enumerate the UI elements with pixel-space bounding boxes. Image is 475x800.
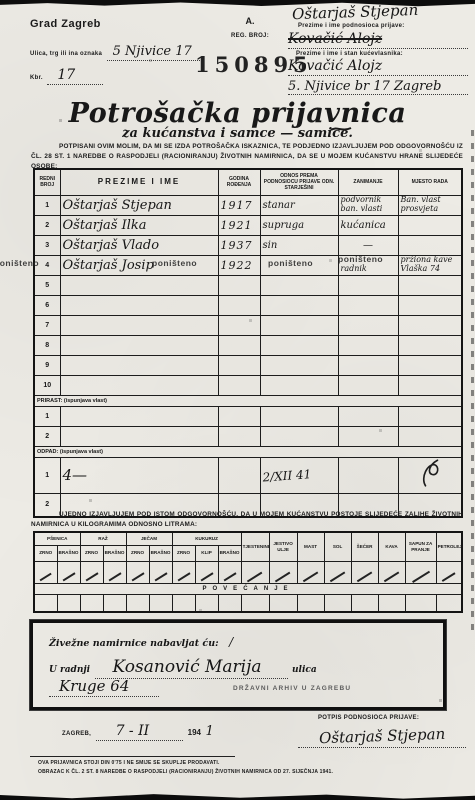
odpad-label: ODPAD: (ispunjava vlast) xyxy=(34,446,462,457)
sub-header-zrno: ZRNO xyxy=(172,545,195,561)
col-group-raz: RAŽ xyxy=(80,532,126,545)
row-number: 1 xyxy=(34,195,60,215)
empty-cell xyxy=(260,275,338,295)
sub-header-zrno: ZRNO xyxy=(126,545,149,561)
member-name-handwritten: Oštarjaš Ilka xyxy=(60,215,218,235)
empty-cell xyxy=(218,375,260,395)
empty-stock-slash xyxy=(241,561,269,583)
member-row: 2 Oštarjaš Ilka 1921 supruga kućanica xyxy=(34,215,462,235)
empty-stock-slash xyxy=(57,561,80,583)
empty-cell xyxy=(218,335,260,355)
empty-cell xyxy=(338,295,398,315)
col-group-kukuruz: KUKURUZ xyxy=(172,532,241,545)
col-group-psenica: PŠENICA xyxy=(34,532,80,545)
empty-stock-slash xyxy=(218,561,241,583)
increase-band: POVEĆANJE xyxy=(34,583,462,594)
applicant-signature-handwritten: Oštarjaš Stjepan xyxy=(319,725,446,747)
empty-cell xyxy=(241,594,269,612)
scanned-ration-form-page: Grad Zagreb Ulica, trg ili ina oznaka 5 … xyxy=(0,0,475,800)
owner-name-line: Kovačić Alojz xyxy=(288,57,468,76)
empty-cell xyxy=(398,335,462,355)
empty-cell xyxy=(218,594,241,612)
empty-stock-slash xyxy=(351,561,378,583)
sub-header-brasno: BRAŠNO xyxy=(218,545,241,561)
empty-cell xyxy=(195,594,218,612)
col-header-kava: KAVA xyxy=(378,532,405,561)
empty-cell xyxy=(351,594,378,612)
empty-cell xyxy=(398,355,462,375)
empty-cell xyxy=(260,406,338,426)
empty-stock-slash xyxy=(126,561,149,583)
empty-stock-slash xyxy=(297,561,324,583)
col-header-jestivo-ulje: JESTIVO ULJE xyxy=(269,532,297,561)
cancellation-stamp: poništeno xyxy=(0,258,39,268)
zagreb-label: ZAGREB, xyxy=(62,731,91,737)
street-value-handwritten: 5 Njivice 17 xyxy=(107,44,200,61)
row-number: 9 xyxy=(34,355,60,375)
empty-cell xyxy=(398,295,462,315)
empty-cell xyxy=(80,594,103,612)
row-number: 5 xyxy=(34,275,60,295)
food-supplies-table: PŠENICA RAŽ JEČAM KUKURUZ TJESTENINE JES… xyxy=(33,531,463,613)
birth-year-handwritten: 1937 xyxy=(218,235,260,255)
workplace-handwritten: pržiona kave Vlaška 74 xyxy=(398,255,462,275)
owner-address-handwritten: 5. Njivice br 17 Zagreb xyxy=(288,79,441,94)
empty-stock-slash xyxy=(80,561,103,583)
tick-mark-handwritten: / xyxy=(223,635,233,649)
household-members-table: REDNI BROJ PREZIME I IME GODINA ROĐENJA … xyxy=(33,168,463,518)
form-subtitle: za kućanstva i samce — samice. xyxy=(0,126,475,141)
col-header-godina: GODINA ROĐENJA xyxy=(218,169,260,195)
occupation-handwritten: podvornik ban. vlasti xyxy=(338,195,398,215)
empty-cell xyxy=(34,594,57,612)
empty-cell xyxy=(260,335,338,355)
empty-cell xyxy=(218,275,260,295)
birth-year-handwritten: 1917 xyxy=(218,195,260,215)
empty-cell xyxy=(218,426,260,446)
odpad-row: 1 4— 2/XII 41 xyxy=(34,457,462,493)
empty-cell xyxy=(338,355,398,375)
empty-cell xyxy=(338,315,398,335)
owner-address-line: 5. Njivice br 17 Zagreb xyxy=(288,77,468,95)
col-header-tjestenine: TJESTENINE xyxy=(241,532,269,561)
birth-year-handwritten: 1922 xyxy=(218,255,260,275)
odpad-date-handwritten: 2/XII 41 xyxy=(259,454,339,495)
workplace-handwritten: Ban. vlast prosvjeta xyxy=(398,195,462,215)
empty-cell xyxy=(398,315,462,335)
member-name-handwritten: Oštarjaš Vlado xyxy=(60,235,218,255)
empty-cell xyxy=(398,406,462,426)
row-number: 2 xyxy=(34,426,60,446)
member-row: 3 Oštarjaš Vlado 1937 sin — xyxy=(34,235,462,255)
col-header-mjesto-rada: MJESTO RADA xyxy=(398,169,462,195)
relation-handwritten: sin xyxy=(260,235,338,255)
empty-cell xyxy=(338,406,398,426)
applicant-label: Prezime i ime podnosioca prijave: xyxy=(298,23,405,29)
prirast-section: PRIRAST: (ispunjava vlast) xyxy=(34,395,462,406)
row-number: 10 xyxy=(34,375,60,395)
section-letter: A. xyxy=(225,16,275,26)
odpad-entry-handwritten: 4— xyxy=(60,457,218,493)
house-number-line: Kbr. 17 xyxy=(30,66,103,84)
empty-stock-slash xyxy=(34,561,57,583)
member-row: 5 xyxy=(34,275,462,295)
empty-cell xyxy=(338,335,398,355)
member-row: 9 xyxy=(34,355,462,375)
empty-cell xyxy=(172,594,195,612)
empty-cell xyxy=(218,295,260,315)
fineprint-line2: OBRAZAC K ČL. 2 ST. 8 NAREDBE O RASPODJE… xyxy=(38,769,438,775)
member-row: 7 xyxy=(34,315,462,335)
official-paraph-mark xyxy=(415,458,445,488)
empty-cell xyxy=(60,406,218,426)
empty-cell xyxy=(405,594,436,612)
col-header-mast: MAST xyxy=(297,532,324,561)
owner-name-handwritten: Kovačić Alojz xyxy=(288,58,382,74)
ink-flourish xyxy=(330,124,352,134)
shop-street-handwritten: Kruge 64 xyxy=(49,677,159,697)
reg-broj-label: REG. BROJ: xyxy=(215,33,285,39)
row-number: 1 xyxy=(34,457,60,493)
empty-cell xyxy=(103,594,126,612)
empty-cell xyxy=(126,594,149,612)
empty-cell xyxy=(60,375,218,395)
empty-stock-slash xyxy=(269,561,297,583)
applicant-line: Kovačić Alojz xyxy=(288,30,468,49)
empty-cell xyxy=(398,375,462,395)
prirast-label: PRIRAST: (ispunjava vlast) xyxy=(34,395,462,406)
relation-handwritten: stanar xyxy=(260,195,338,215)
row-number: 7 xyxy=(34,315,60,335)
shop-line1: Živežne namirnice nabavljat ću: / xyxy=(49,633,233,651)
empty-cell xyxy=(60,426,218,446)
empty-cell xyxy=(60,315,218,335)
prirast-row: 2 xyxy=(34,426,462,446)
empty-cell xyxy=(398,275,462,295)
occupation-mark: — xyxy=(338,235,398,255)
shop-line1-text: Živežne namirnice nabavljat ću: xyxy=(49,638,219,649)
col-group-jecam: JEČAM xyxy=(126,532,172,545)
date-line: ZAGREB, 7 - II 194 1 xyxy=(62,722,214,740)
empty-stock-slash xyxy=(436,561,462,583)
city-name: Grad Zagreb xyxy=(30,18,101,30)
applicant-name-handwritten: Oštarjaš Stjepan xyxy=(292,1,419,23)
member-row: 1 Oštarjaš Stjepan 1917 stanar podvornik… xyxy=(34,195,462,215)
sub-header-klip: KLIP xyxy=(195,545,218,561)
form-title: Potrošačka prijavnica xyxy=(0,98,475,129)
col-header-redni-broj: REDNI BROJ xyxy=(34,169,60,195)
empty-cell xyxy=(218,457,260,493)
empty-cell xyxy=(260,315,338,335)
empty-stock-slash xyxy=(324,561,351,583)
kbr-label: Kbr. xyxy=(30,75,43,81)
row-number: 3 xyxy=(34,235,60,255)
cancellation-stamp: poništeno xyxy=(268,258,313,268)
empty-cell xyxy=(338,457,398,493)
col-header-odnos: ODNOS PREMA PODNOSIOCU PRIJAVE ODN. STAR… xyxy=(260,169,338,195)
empty-cell xyxy=(60,275,218,295)
year-digit-handwritten: 1 xyxy=(205,724,213,739)
shop-name-handwritten: Kosanović Marija xyxy=(95,657,288,679)
col-header-secer: ŠEĆER xyxy=(351,532,378,561)
applicant-crossed-out-handwritten: Kovačić Alojz xyxy=(288,31,382,47)
empty-cell xyxy=(338,275,398,295)
kbr-value-handwritten: 17 xyxy=(47,67,103,85)
empty-cell xyxy=(297,594,324,612)
empty-cell xyxy=(57,594,80,612)
date-handwritten: 7 - II xyxy=(96,723,184,741)
birth-year-handwritten: 1921 xyxy=(218,215,260,235)
empty-cell xyxy=(218,406,260,426)
empty-cell xyxy=(436,594,462,612)
col-header-sapun: SAPUN ZA PRANJE xyxy=(405,532,436,561)
empty-cell xyxy=(269,594,297,612)
sub-header-zrno: ZRNO xyxy=(34,545,57,561)
sub-header-brasno: BRAŠNO xyxy=(103,545,126,561)
member-row: 8 xyxy=(34,335,462,355)
row-number: 1 xyxy=(34,406,60,426)
empty-cell xyxy=(260,375,338,395)
stock-row xyxy=(34,561,462,583)
member-row: 10 xyxy=(34,375,462,395)
sub-header-brasno: BRAŠNO xyxy=(149,545,172,561)
state-archive-stamp: DRŽAVNI ARHIV U ZAGREBU xyxy=(233,685,351,692)
cancellation-stamp: poništeno xyxy=(338,254,383,264)
ulica-label: ulica xyxy=(292,665,317,675)
fineprint-line1: OVA PRIJAVNICA STOJI DIN 0'75 I NE SMIJE… xyxy=(38,760,220,766)
empty-cell xyxy=(338,375,398,395)
signature-line: Oštarjaš Stjepan xyxy=(298,722,466,748)
col-header-petrolej: PETROLEJ xyxy=(436,532,462,561)
official-paraph-cell xyxy=(398,457,462,493)
signature-label: POTPIS PODNOSIOCA PRIJAVE: xyxy=(318,715,419,721)
empty-cell xyxy=(324,594,351,612)
povecanje-label: POVEĆANJE xyxy=(34,583,462,594)
empty-stock-slash xyxy=(103,561,126,583)
empty-cell xyxy=(60,295,218,315)
prirast-row: 1 xyxy=(34,406,462,426)
street-label: Ulica, trg ili ina oznaka xyxy=(30,51,102,57)
empty-stock-slash xyxy=(149,561,172,583)
empty-cell xyxy=(398,426,462,446)
empty-cell xyxy=(260,426,338,446)
occupation-handwritten: kućanica xyxy=(338,215,398,235)
col-header-zanimanje: ZANIMANJE xyxy=(338,169,398,195)
empty-cell xyxy=(218,315,260,335)
empty-cell xyxy=(260,295,338,315)
declaration-paragraph-2: UJEDNO IZJAVLJUJEM POD ISTOM ODGOVORNOŠĆ… xyxy=(31,510,463,530)
shop-declaration-box: Živežne namirnice nabavljat ću: / U radn… xyxy=(30,620,446,710)
empty-cell xyxy=(60,335,218,355)
row-number: 2 xyxy=(34,215,60,235)
paper-speckles xyxy=(0,0,1,1)
empty-cell xyxy=(60,355,218,375)
col-header-sol: SOL xyxy=(324,532,351,561)
col-header-prezime-ime: PREZIME I IME xyxy=(60,169,218,195)
empty-cell xyxy=(149,594,172,612)
empty-cell xyxy=(260,355,338,375)
sub-header-brasno: BRAŠNO xyxy=(57,545,80,561)
perforation-marks xyxy=(471,130,474,630)
empty-cell xyxy=(398,235,462,255)
empty-cell xyxy=(378,594,405,612)
member-row-cancelled: 4 Oštarjaš Josip 1922 radnik pržiona kav… xyxy=(34,255,462,275)
cancellation-stamp: poništeno xyxy=(152,258,197,268)
empty-stock-slash xyxy=(172,561,195,583)
increase-row xyxy=(34,594,462,612)
empty-cell xyxy=(338,426,398,446)
empty-cell xyxy=(218,355,260,375)
sub-header-zrno: ZRNO xyxy=(80,545,103,561)
empty-cell xyxy=(398,215,462,235)
empty-stock-slash xyxy=(195,561,218,583)
member-name-handwritten: Oštarjaš Stjepan xyxy=(60,195,218,215)
odpad-section: ODPAD: (ispunjava vlast) xyxy=(34,446,462,457)
scan-edge-bottom xyxy=(0,791,475,800)
row-number: 6 xyxy=(34,295,60,315)
footer-divider xyxy=(30,756,235,757)
year-printed: 194 xyxy=(188,728,201,737)
row-number: 8 xyxy=(34,335,60,355)
relation-handwritten: supruga xyxy=(260,215,338,235)
u-radnji-label: U radnji xyxy=(49,665,90,675)
member-row: 6 xyxy=(34,295,462,315)
empty-stock-slash xyxy=(378,561,405,583)
empty-stock-slash xyxy=(405,561,436,583)
